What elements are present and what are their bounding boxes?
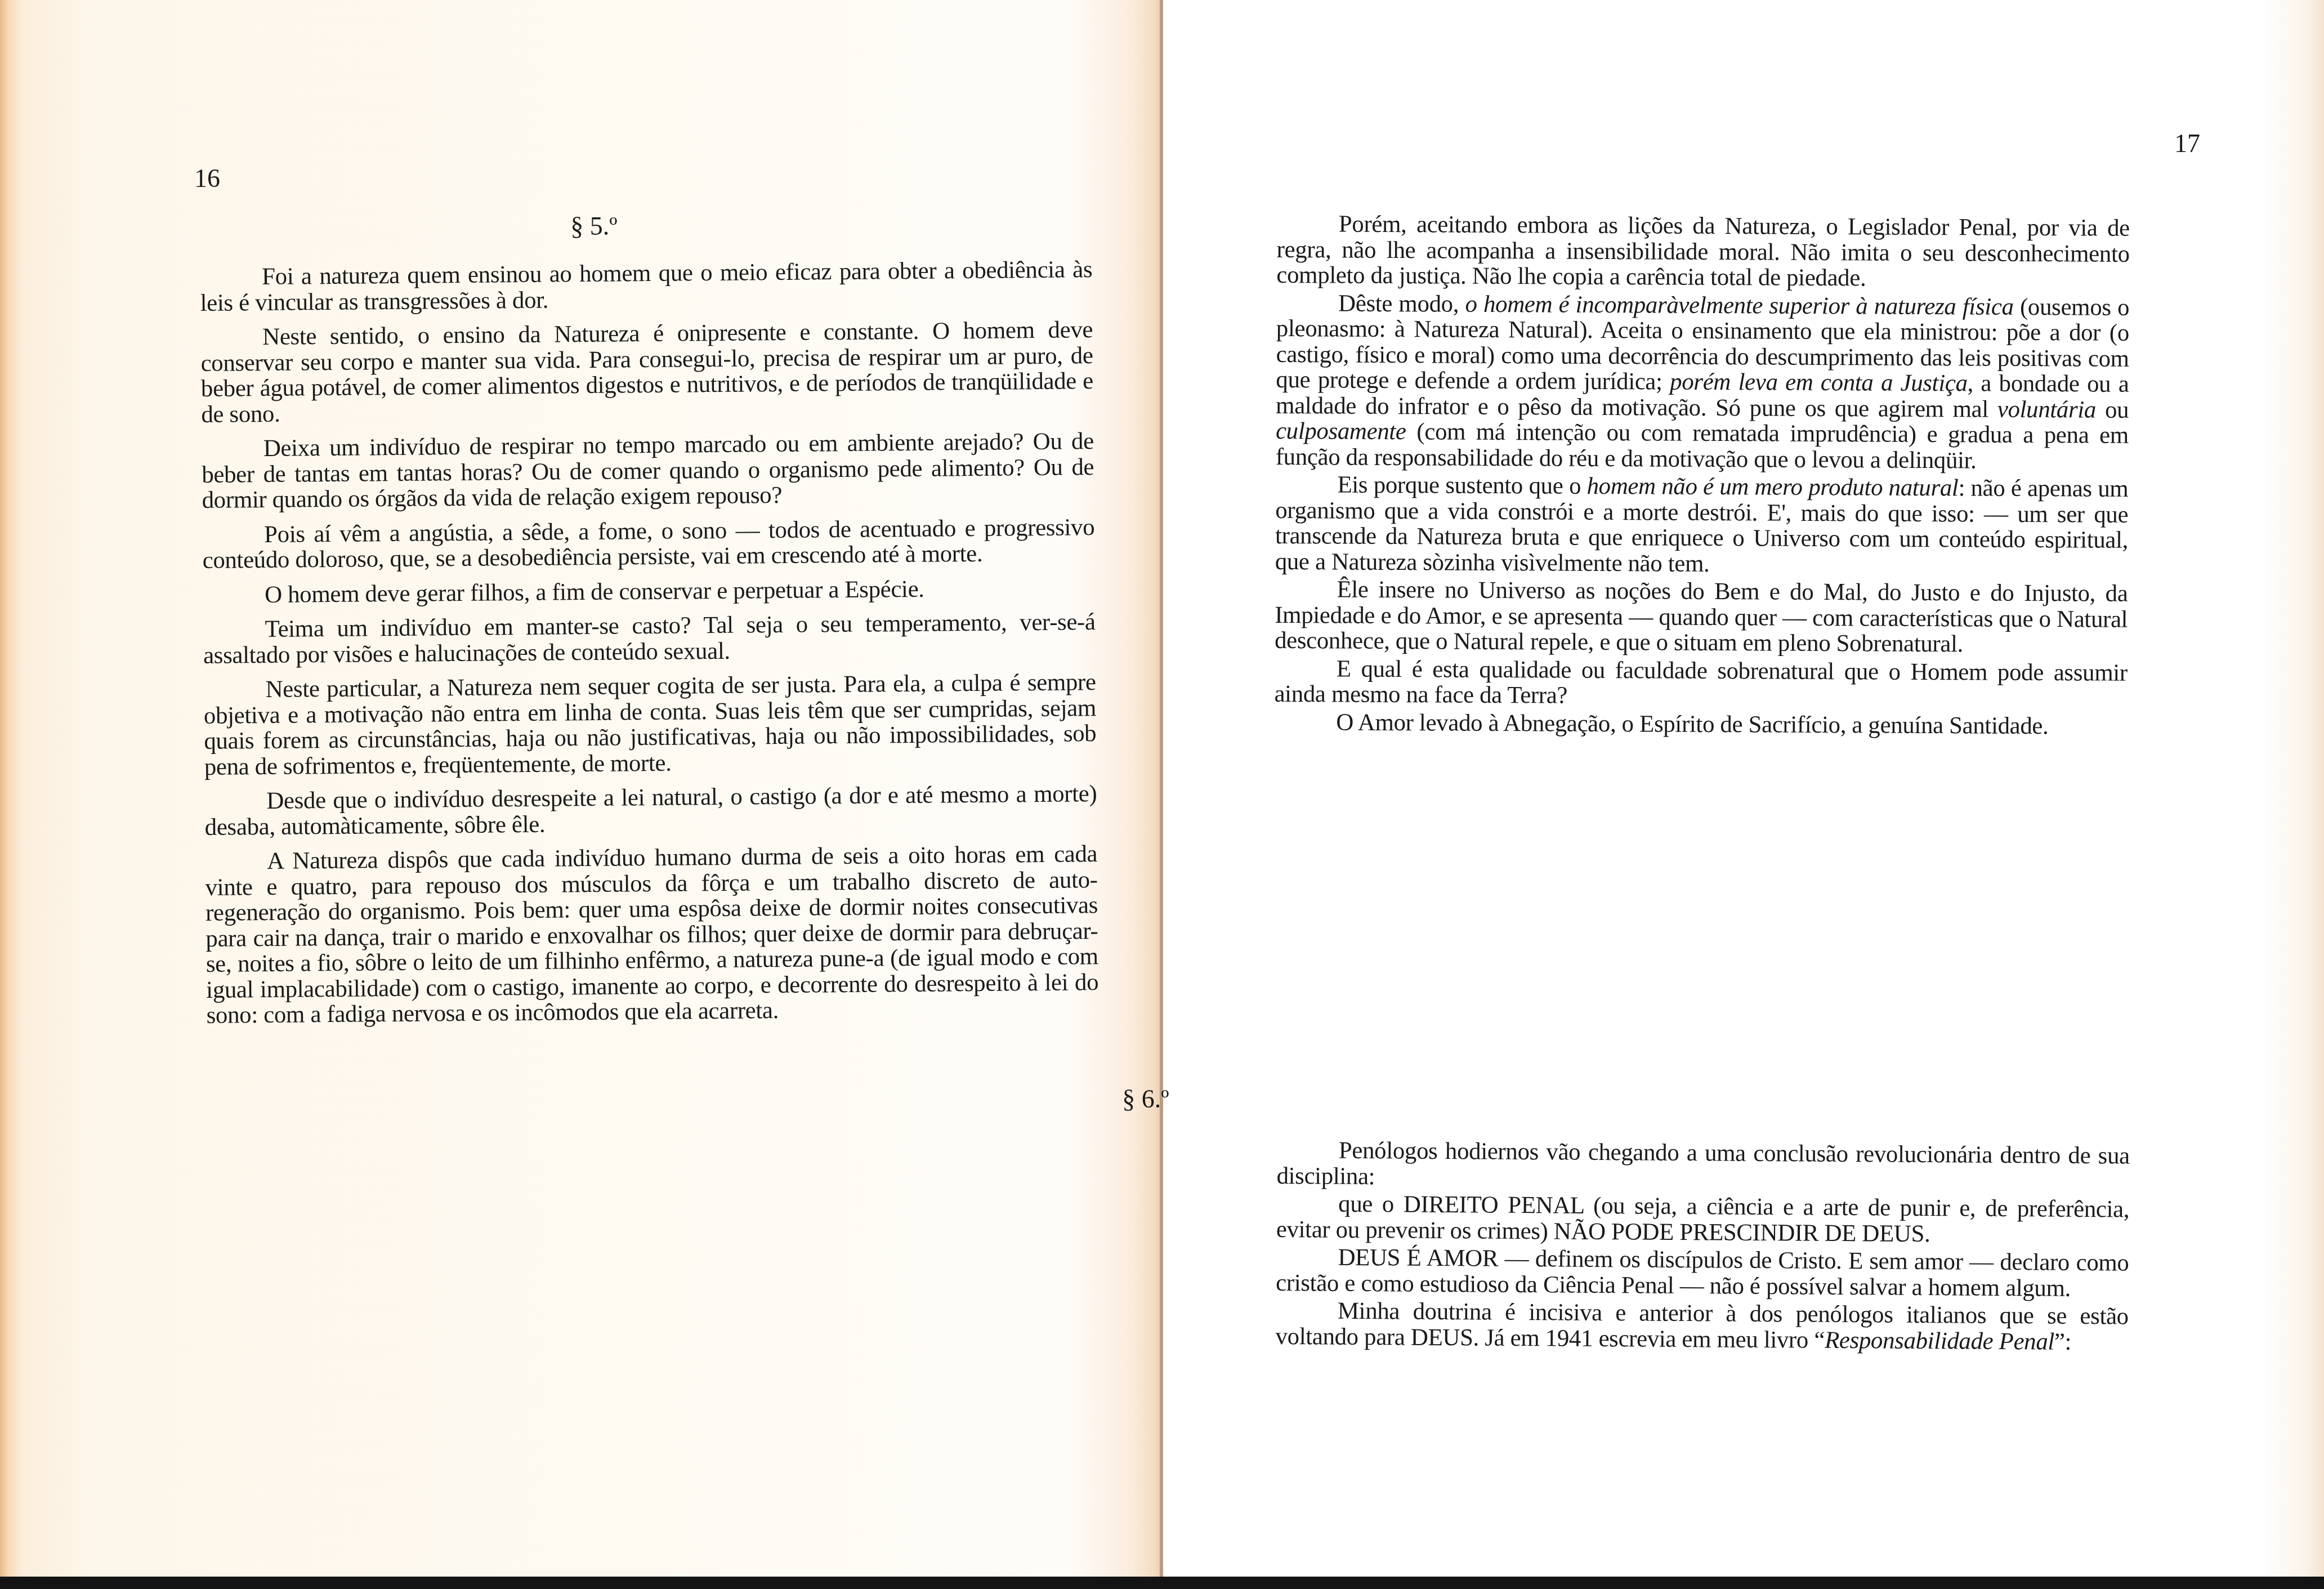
page-number-left: 16: [194, 163, 220, 193]
paragraph: Foi a natureza quem ensinou ao homem que…: [200, 257, 1093, 316]
page-number-right: 17: [2174, 128, 2200, 158]
paragraph: O homem deve gerar filhos, a fim de cons…: [203, 575, 1095, 608]
right-page-body-bottom: Penólogos hodiernos vão chegando a uma c…: [1275, 1137, 2130, 1358]
paragraph: E qual é esta qualidade ou faculdade sob…: [1274, 655, 2127, 711]
italic-text: porém leva em conta a Justiça: [1670, 369, 1968, 397]
paragraph: Pois aí vêm a angústia, a sêde, a fome, …: [202, 515, 1095, 574]
paragraph: Dêste modo, o homem é incomparàvelmente …: [1276, 290, 2130, 474]
paragraph: O Amor levado à Abnegação, o Espírito de…: [1274, 709, 2127, 739]
italic-text: o homem é incomparàvelmente superior à n…: [1465, 291, 2013, 320]
text-run: Eis porque sustento que o: [1337, 472, 1586, 499]
paragraph: Porém, aceitando embora as lições da Nat…: [1276, 211, 2130, 292]
paragraph: Êle insere no Universo as noções do Bem …: [1275, 577, 2128, 658]
text-run: Dêste modo,: [1338, 290, 1465, 317]
italic-text: culposamente: [1276, 418, 1406, 445]
section-heading-5: § 5.º: [538, 211, 650, 241]
paragraph: Desde que o indivíduo desrespeite a lei …: [204, 781, 1097, 840]
text-run: ou: [2096, 396, 2129, 423]
paragraph: A Natureza dispôs que cada indivíduo hum…: [205, 841, 1099, 1028]
italic-text: Responsabilidade Penal: [1825, 1327, 2054, 1355]
paragraph: que o DIREITO PENAL (ou seja, a ciência …: [1276, 1191, 2130, 1248]
paragraph: Neste particular, a Natureza nem sequer …: [203, 669, 1097, 780]
paragraph: Teima um indivíduo em manter-se casto? T…: [203, 609, 1096, 668]
left-page-body: Foi a natureza quem ensinou ao homem que…: [200, 257, 1099, 1037]
paragraph: Neste sentido, o ensino da Natureza é on…: [200, 317, 1094, 427]
left-page: 16 § 5.º Foi a natureza quem ensinou ao …: [0, 0, 1160, 1577]
italic-text: homem não é um mero produto natural: [1586, 473, 1958, 501]
paragraph: Eis porque sustento que o homem não é um…: [1275, 472, 2129, 579]
scanner-bed-edge: [0, 1577, 2324, 1589]
italic-text: voluntária: [1997, 396, 2096, 423]
paragraph: Penólogos hodiernos vão chegando a uma c…: [1276, 1137, 2130, 1195]
paragraph: Deixa um indivíduo de respirar no tempo …: [202, 429, 1094, 513]
text-run: ”:: [2054, 1328, 2072, 1355]
paragraph: DEUS É AMOR — definem os discípulos de C…: [1276, 1244, 2129, 1302]
right-page-body-top: Porém, aceitando embora as lições da Nat…: [1274, 211, 2130, 742]
paragraph: Minha doutrina é incisiva e anterior à d…: [1275, 1298, 2129, 1355]
section-heading-6: § 6.º: [1089, 1084, 1202, 1114]
